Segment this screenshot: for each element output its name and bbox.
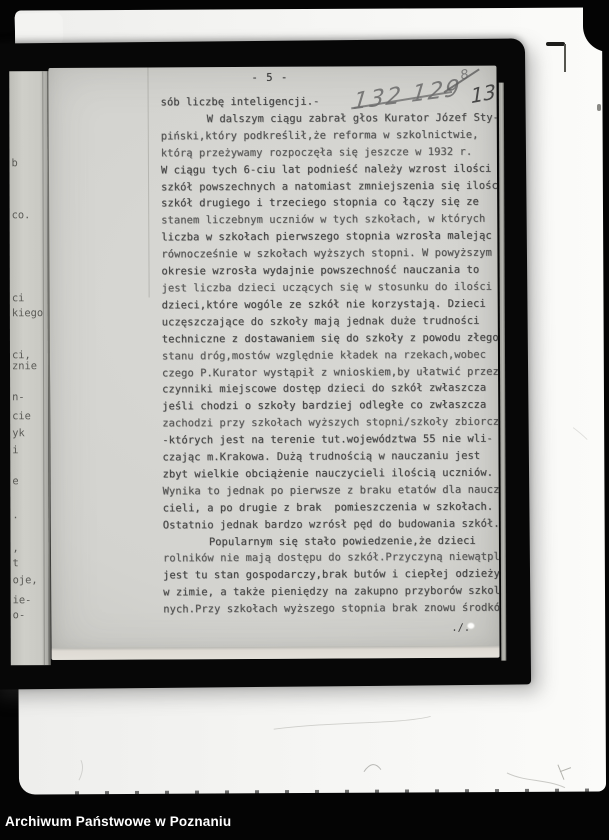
margin-text-fragment: ie- <box>13 594 32 606</box>
typed-line: W ciągu tych 6-ciu lat podnieść należy w… <box>161 160 500 179</box>
typed-line: czynniki miejscowe dostęp dzieci do szkó… <box>162 380 499 399</box>
margin-text-fragment: kiego <box>12 307 43 319</box>
typed-line: w zimie, a także pieniędzy na zakupno pr… <box>163 583 499 602</box>
typed-line: zbyt wielkie obciążenie nauczycieli iloś… <box>163 465 500 484</box>
typed-line: jest tu stan gospodarczy,brak butów i ci… <box>163 566 499 585</box>
typed-text-block: sób liczbę inteligencji.-W dalszym ciągu… <box>161 93 500 619</box>
typed-line: stanem liczebnym uczniów w tych szkołach… <box>161 211 499 230</box>
typed-line: Wynika to jednak po pierwsze z braku eta… <box>163 481 500 500</box>
margin-text-fragment: i <box>12 444 18 456</box>
typed-line: piński,który podkreślił,że reforma w szk… <box>161 126 500 145</box>
corner-registration-mark <box>546 42 568 72</box>
typed-line: szkół drugiego i trzeciego stopnia co łą… <box>161 194 499 213</box>
typed-line: nych.Przy szkołach wyższego stopnia brak… <box>163 600 499 619</box>
margin-text-fragment: cie <box>12 410 31 422</box>
page-number: - 5 - <box>251 72 288 84</box>
typewritten-page: - 5 - 132 129 8 13 sób liczbę inteligenc… <box>48 66 499 660</box>
archival-scan-viewer: bco.cikiegoci,znien-cieykie.,toje,ie-o- … <box>0 0 609 840</box>
margin-text-fragment: znie <box>12 360 37 372</box>
typed-line: W dalszym ciągu zabrał głos Kurator Józe… <box>161 110 500 129</box>
typed-line: którą przeżywamy rozpoczęła się jeszcze … <box>161 143 500 162</box>
typed-line: okresie wzrosła wydajnie powszechność na… <box>161 262 499 281</box>
document-photo-frame: bco.cikiegoci,znien-cieykie.,toje,ie-o- … <box>0 38 531 689</box>
typed-line: jest liczba dzieci uczących się w stosun… <box>162 279 500 298</box>
typed-line: zachodzi przy szkołach wyższych stopni/s… <box>162 414 499 433</box>
typed-line: czając m.Krakowa. Dużą trudnością w nauc… <box>162 448 499 467</box>
margin-text-fragment: n- <box>12 391 25 403</box>
typed-line: rolników nie mają dostępu do szkół.Przyc… <box>163 549 500 568</box>
typed-line: równocześnie w szkołach wyższych stopni.… <box>161 245 499 264</box>
margin-text-fragment: yk <box>12 427 25 439</box>
typed-line: cieli, a po drugie z brak pomieszczenia … <box>163 498 500 517</box>
margin-text-fragment: oje, <box>13 574 38 586</box>
corner-mark-stem <box>564 44 566 72</box>
margin-text-fragment: . <box>12 509 18 521</box>
typed-line: -których jest na terenie tut.województwa… <box>162 431 499 450</box>
typed-line: uczęszczające do szkoły mają jednak duże… <box>162 312 500 331</box>
bright-spot <box>467 623 474 629</box>
typed-line: techniczne z dostawaniem się do szkoły z… <box>162 329 500 348</box>
margin-text-fragment: ci <box>12 292 25 304</box>
corner-mark-bar <box>546 42 565 46</box>
margin-text-fragment: e <box>12 475 18 487</box>
typed-line: dzieci,które wogóle ze szkół nie korzyst… <box>162 295 500 314</box>
archive-watermark: Archiwum Państwowe w Poznaniu <box>5 814 231 829</box>
typed-line: czego P.Kurator wystąpił z wnioskiem,by … <box>162 363 500 382</box>
typed-line: szkół powszechnych a natomiast zmniejsze… <box>161 177 500 196</box>
typed-line: sób liczbę inteligencji.- <box>161 93 500 112</box>
typed-line: Popularnym się stało powiedzenie,że dzie… <box>163 532 500 551</box>
typed-line: jeśli chodzi o szkoły bardziej odległe c… <box>162 397 499 416</box>
underlying-page-edge <box>499 83 507 661</box>
margin-text-fragment: b <box>11 157 17 169</box>
typed-line: stanu dróg,mostów względnie kładek na rz… <box>162 346 500 365</box>
page-crease <box>147 67 149 297</box>
margin-text-fragment: co. <box>12 209 31 221</box>
edge-speck <box>597 104 601 111</box>
margin-text-fragment: t <box>13 557 19 569</box>
margin-text-fragment: , <box>12 542 18 554</box>
typed-line: liczba w szkołach pierwszego stopnia wzr… <box>161 228 499 247</box>
typed-line: Ostatnio jednak bardzo wzrósł pęd do bud… <box>163 515 500 534</box>
margin-text-fragment: o- <box>13 609 26 621</box>
stacked-page-edges: bco.cikiegoci,znien-cieykie.,toje,ie-o- <box>9 71 51 665</box>
